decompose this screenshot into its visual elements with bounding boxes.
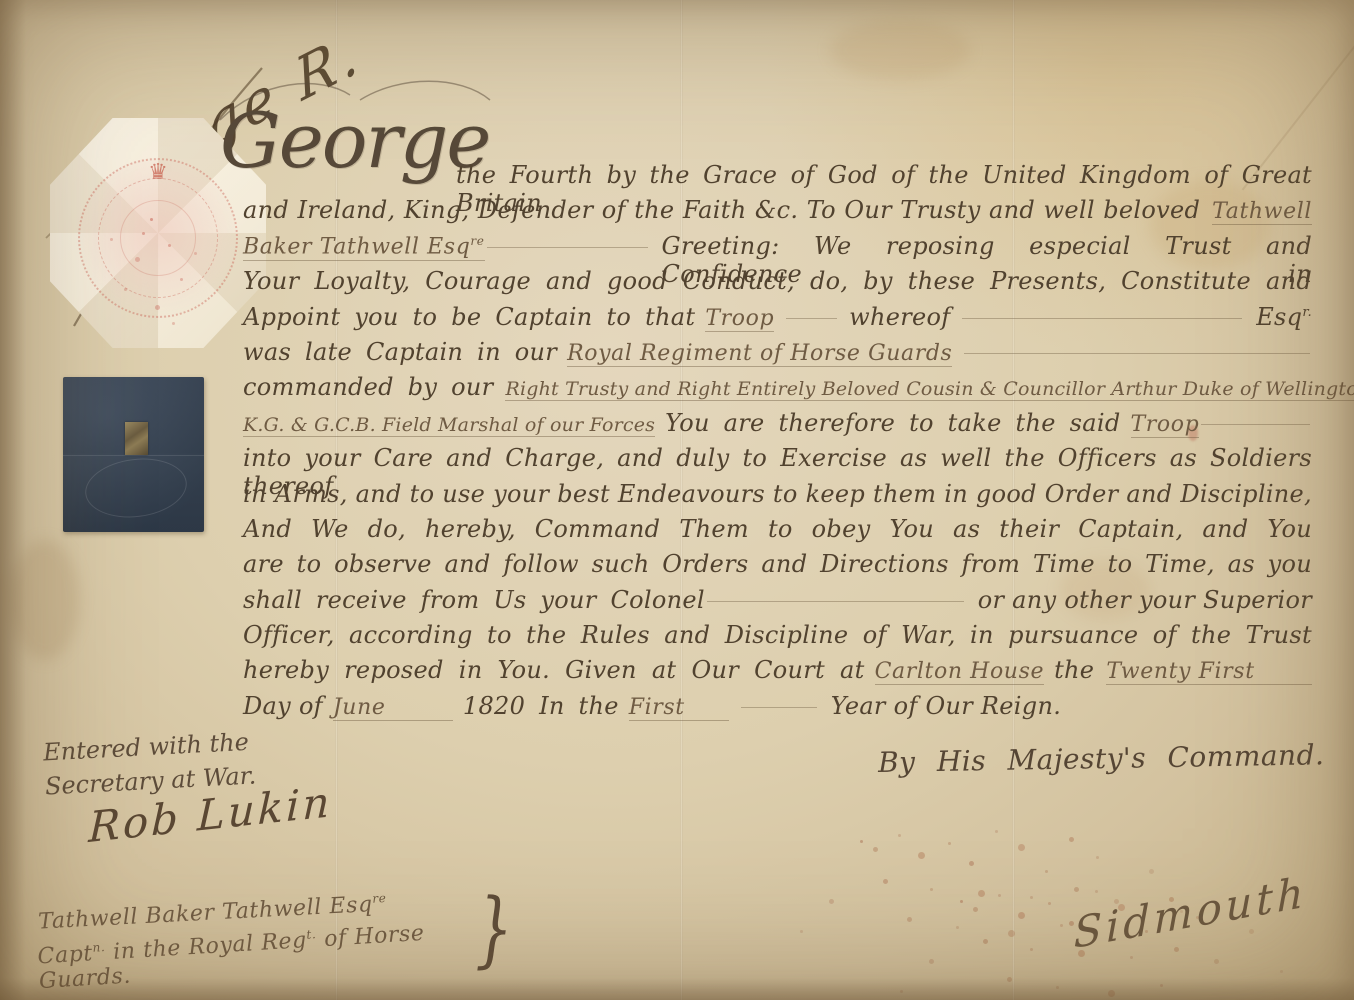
- body-line-3: Baker Tathwell Esqre Greeting: We reposi…: [243, 232, 1312, 267]
- docket: Tathwell Baker Tathwell Esqre Captn. in …: [38, 898, 468, 982]
- stamp-embossed-oval: [82, 453, 190, 523]
- blank-rule: [960, 309, 1244, 325]
- inserted-name: Tathwell: [1212, 199, 1312, 225]
- body-text: Day of: [243, 692, 323, 720]
- commission-body: the Fourth by the Grace of God of the Un…: [243, 161, 1312, 727]
- inserted-day: Twenty First: [1106, 659, 1312, 685]
- body-text: Esqr.: [1256, 303, 1312, 331]
- duty-stamp: [63, 377, 204, 532]
- body-text: commanded by our: [243, 373, 493, 401]
- body-line-15: hereby reposed in You. Given at Our Cour…: [243, 656, 1312, 691]
- inserted-regnal-year: First: [629, 695, 729, 721]
- blank-rule: [784, 309, 839, 325]
- body-line-10: in Arms, and to use your best Endeavours…: [243, 480, 1312, 515]
- docket-brace: }: [475, 882, 513, 977]
- body-line-6: was late Captain in our Royal Regiment o…: [243, 338, 1312, 373]
- body-text: Appoint you to be Captain to that: [243, 303, 695, 331]
- body-line-5: Appoint you to be Captain to that Troop …: [243, 303, 1312, 338]
- inserted-month: June: [333, 695, 453, 721]
- body-text: shall receive from Us your Colonel: [243, 586, 705, 614]
- body-line-9: into your Care and Charge, and duly to E…: [243, 444, 1312, 479]
- body-text: Officer, according to the Rules and Disc…: [243, 621, 1312, 649]
- stamp-foil-icon: [125, 422, 148, 455]
- body-line-11: And We do, hereby, Command Them to obey …: [243, 515, 1312, 550]
- body-line-14: Officer, according to the Rules and Disc…: [243, 621, 1312, 656]
- body-text: 1820 In the: [463, 692, 619, 720]
- inserted-colonel-name: Right Trusty and Right Entirely Beloved …: [505, 378, 1354, 401]
- body-text: and Ireland, King, Defender of the Faith…: [243, 196, 1200, 224]
- body-text: hereby reposed in You. Given at Our Cour…: [243, 656, 865, 684]
- command-line: By His Majesty's Command.: [878, 738, 1341, 779]
- body-line-16: Day of June 1820 In the First Year of Ou…: [243, 692, 1312, 727]
- body-text: whereof: [849, 303, 950, 331]
- foxing-speckles: [860, 840, 863, 843]
- body-text: the: [1054, 656, 1094, 684]
- body-text: You are therefore to take the said: [665, 409, 1120, 437]
- blank-rule: [485, 238, 650, 254]
- parchment-document: George R. ♛ George the Fourth by the Gra…: [0, 0, 1354, 1000]
- body-text: Your Loyalty, Courage and good Conduct, …: [243, 267, 1312, 295]
- inserted-honours: K.G. & G.C.B. Field Marshal of our Force…: [243, 414, 655, 437]
- body-line-2: and Ireland, King, Defender of the Faith…: [243, 196, 1312, 231]
- body-text: And We do, hereby, Command Them to obey …: [243, 515, 1312, 543]
- parchment-edge: [0, 978, 1354, 1000]
- inserted-regiment: Royal Regiment of Horse Guards: [567, 341, 952, 367]
- body-text: Year of Our Reign.: [831, 692, 1061, 720]
- body-line-8: K.G. & G.C.B. Field Marshal of our Force…: [243, 409, 1312, 444]
- body-text: or any other your Superior: [978, 586, 1312, 614]
- blank-rule: [962, 344, 1312, 360]
- inserted-name: Baker Tathwell Esqre: [243, 234, 485, 260]
- parchment-edge: [0, 0, 26, 1000]
- crown-icon: ♛: [148, 162, 168, 184]
- sidmouth-signature: Sidmouth: [1074, 867, 1308, 958]
- red-seal-speckles: [150, 218, 153, 221]
- embossed-seal-circle: ♛: [78, 158, 238, 318]
- body-text: in Arms, and to use your best Endeavours…: [243, 480, 1312, 508]
- inserted-troop: Troop: [1131, 412, 1200, 438]
- body-text: are to observe and follow such Orders an…: [243, 550, 1312, 578]
- body-line-4: Your Loyalty, Courage and good Conduct, …: [243, 267, 1312, 302]
- body-line-1: the Fourth by the Grace of God of the Un…: [243, 161, 1312, 196]
- inserted-troop: Troop: [705, 306, 774, 332]
- blank-rule: [705, 592, 966, 608]
- body-text: was late Captain in our: [243, 338, 557, 366]
- blank-rule: [739, 698, 819, 714]
- body-line-13: shall receive from Us your Colonel or an…: [243, 586, 1312, 621]
- body-line-12: are to observe and follow such Orders an…: [243, 550, 1312, 585]
- blank-rule: [1199, 415, 1312, 431]
- stain: [830, 20, 970, 80]
- inserted-place: Carlton House: [875, 659, 1044, 685]
- foxing-speckles: [960, 900, 963, 903]
- body-line-7: commanded by our Right Trusty and Right …: [243, 373, 1312, 408]
